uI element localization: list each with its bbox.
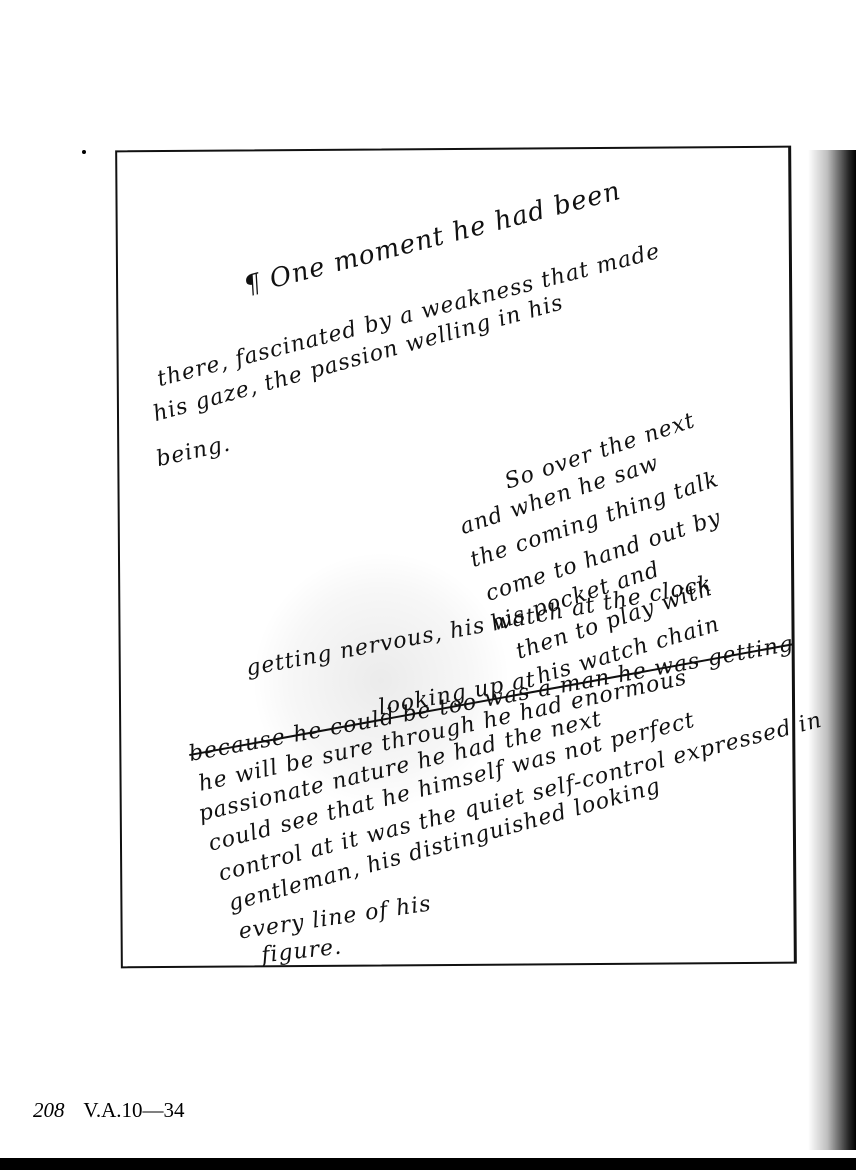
page-edge-shadow xyxy=(808,150,856,1150)
document-reference: V.A.10—34 xyxy=(83,1098,184,1122)
handwritten-line: being. xyxy=(154,431,233,472)
margin-dot xyxy=(82,150,86,154)
manuscript-page: ¶ One moment he had been there, fascinat… xyxy=(115,146,797,969)
page-footer: 208 V.A.10—34 xyxy=(33,1098,185,1123)
page-number: 208 xyxy=(33,1098,65,1122)
handwritten-line: there, fascinated by a weakness that mad… xyxy=(155,239,663,392)
scan-bottom-bar xyxy=(0,1158,856,1170)
